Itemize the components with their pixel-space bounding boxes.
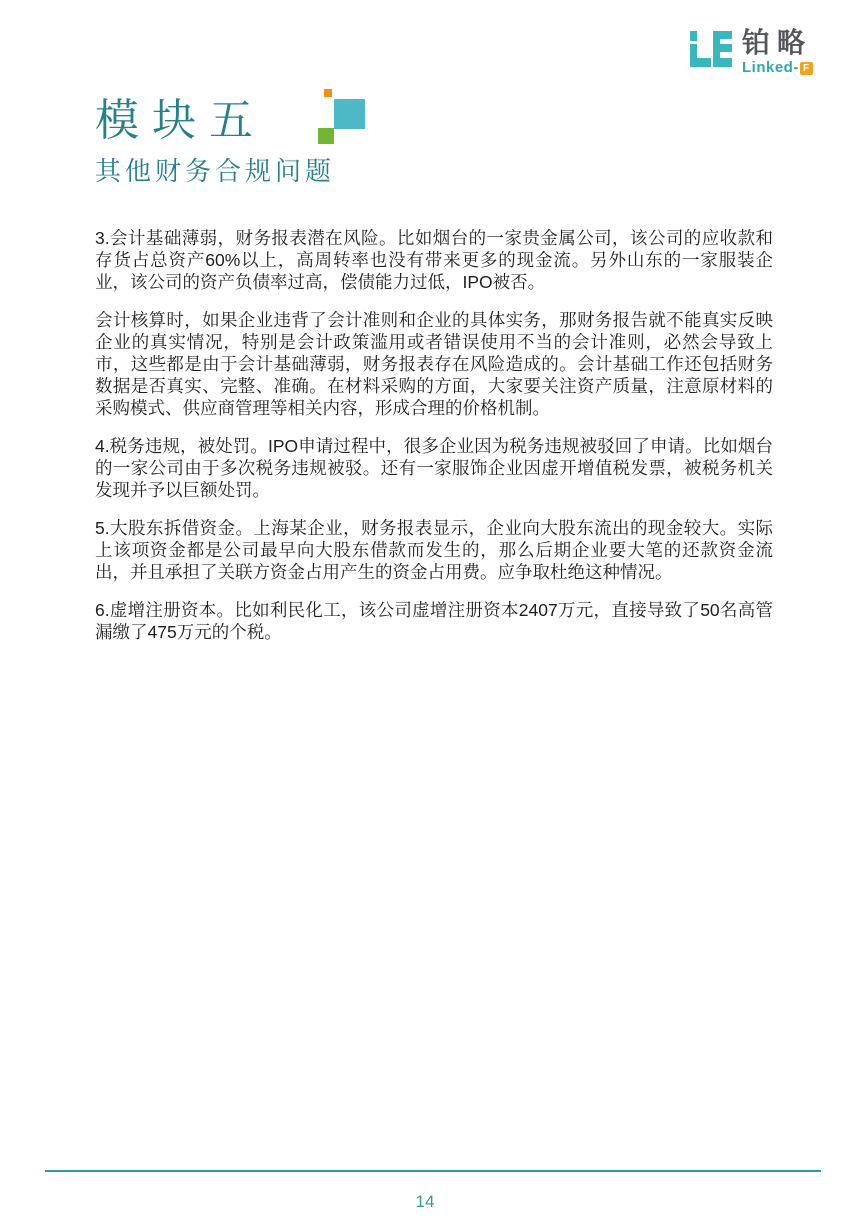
module-subtitle: 其他财务合规问题: [95, 155, 335, 189]
brand-name-en: Linked- F: [742, 59, 813, 76]
paragraph-item-3-cont: 会计核算时，如果企业违背了会计准则和企业的具体实务，那财务报告就不能真实反映企业…: [95, 309, 773, 419]
linked-f-logo-icon: [686, 30, 734, 70]
paragraph-item-6: 6.虚增注册资本。比如利民化工，该公司虚增注册资本2407万元，直接导致了50名…: [95, 599, 773, 643]
paragraph-item-5: 5.大股东拆借资金。上海某企业，财务报表显示，企业向大股东流出的现金较大。实际上…: [95, 517, 773, 583]
module-title: 模块五: [95, 92, 335, 150]
brand-f-badge: F: [800, 62, 813, 75]
paragraph-item-3: 3.会计基础薄弱，财务报表潜在风险。比如烟台的一家贵金属公司，该公司的应收款和存…: [95, 227, 773, 293]
teal-square: [334, 99, 365, 129]
page-number: 14: [0, 1192, 850, 1212]
title-block: 模块五 其他财务合规问题: [95, 92, 335, 189]
brand-en-text: Linked-: [742, 59, 799, 76]
body-text: 3.会计基础薄弱，财务报表潜在风险。比如烟台的一家贵金属公司，该公司的应收款和存…: [95, 227, 773, 659]
brand-name-cn: 铂略: [742, 28, 813, 58]
document-page: 铂略 Linked- F 模块五 其他财务合规问题 3.会计基础薄弱，财务报表潜…: [0, 0, 850, 1228]
brand-text: 铂略 Linked- F: [742, 28, 813, 76]
footer-divider: [45, 1170, 821, 1172]
brand-logo: 铂略 Linked- F: [686, 28, 813, 76]
paragraph-item-4: 4.税务违规，被处罚。IPO申请过程中，很多企业因为税务违规被驳回了申请。比如烟…: [95, 435, 773, 501]
